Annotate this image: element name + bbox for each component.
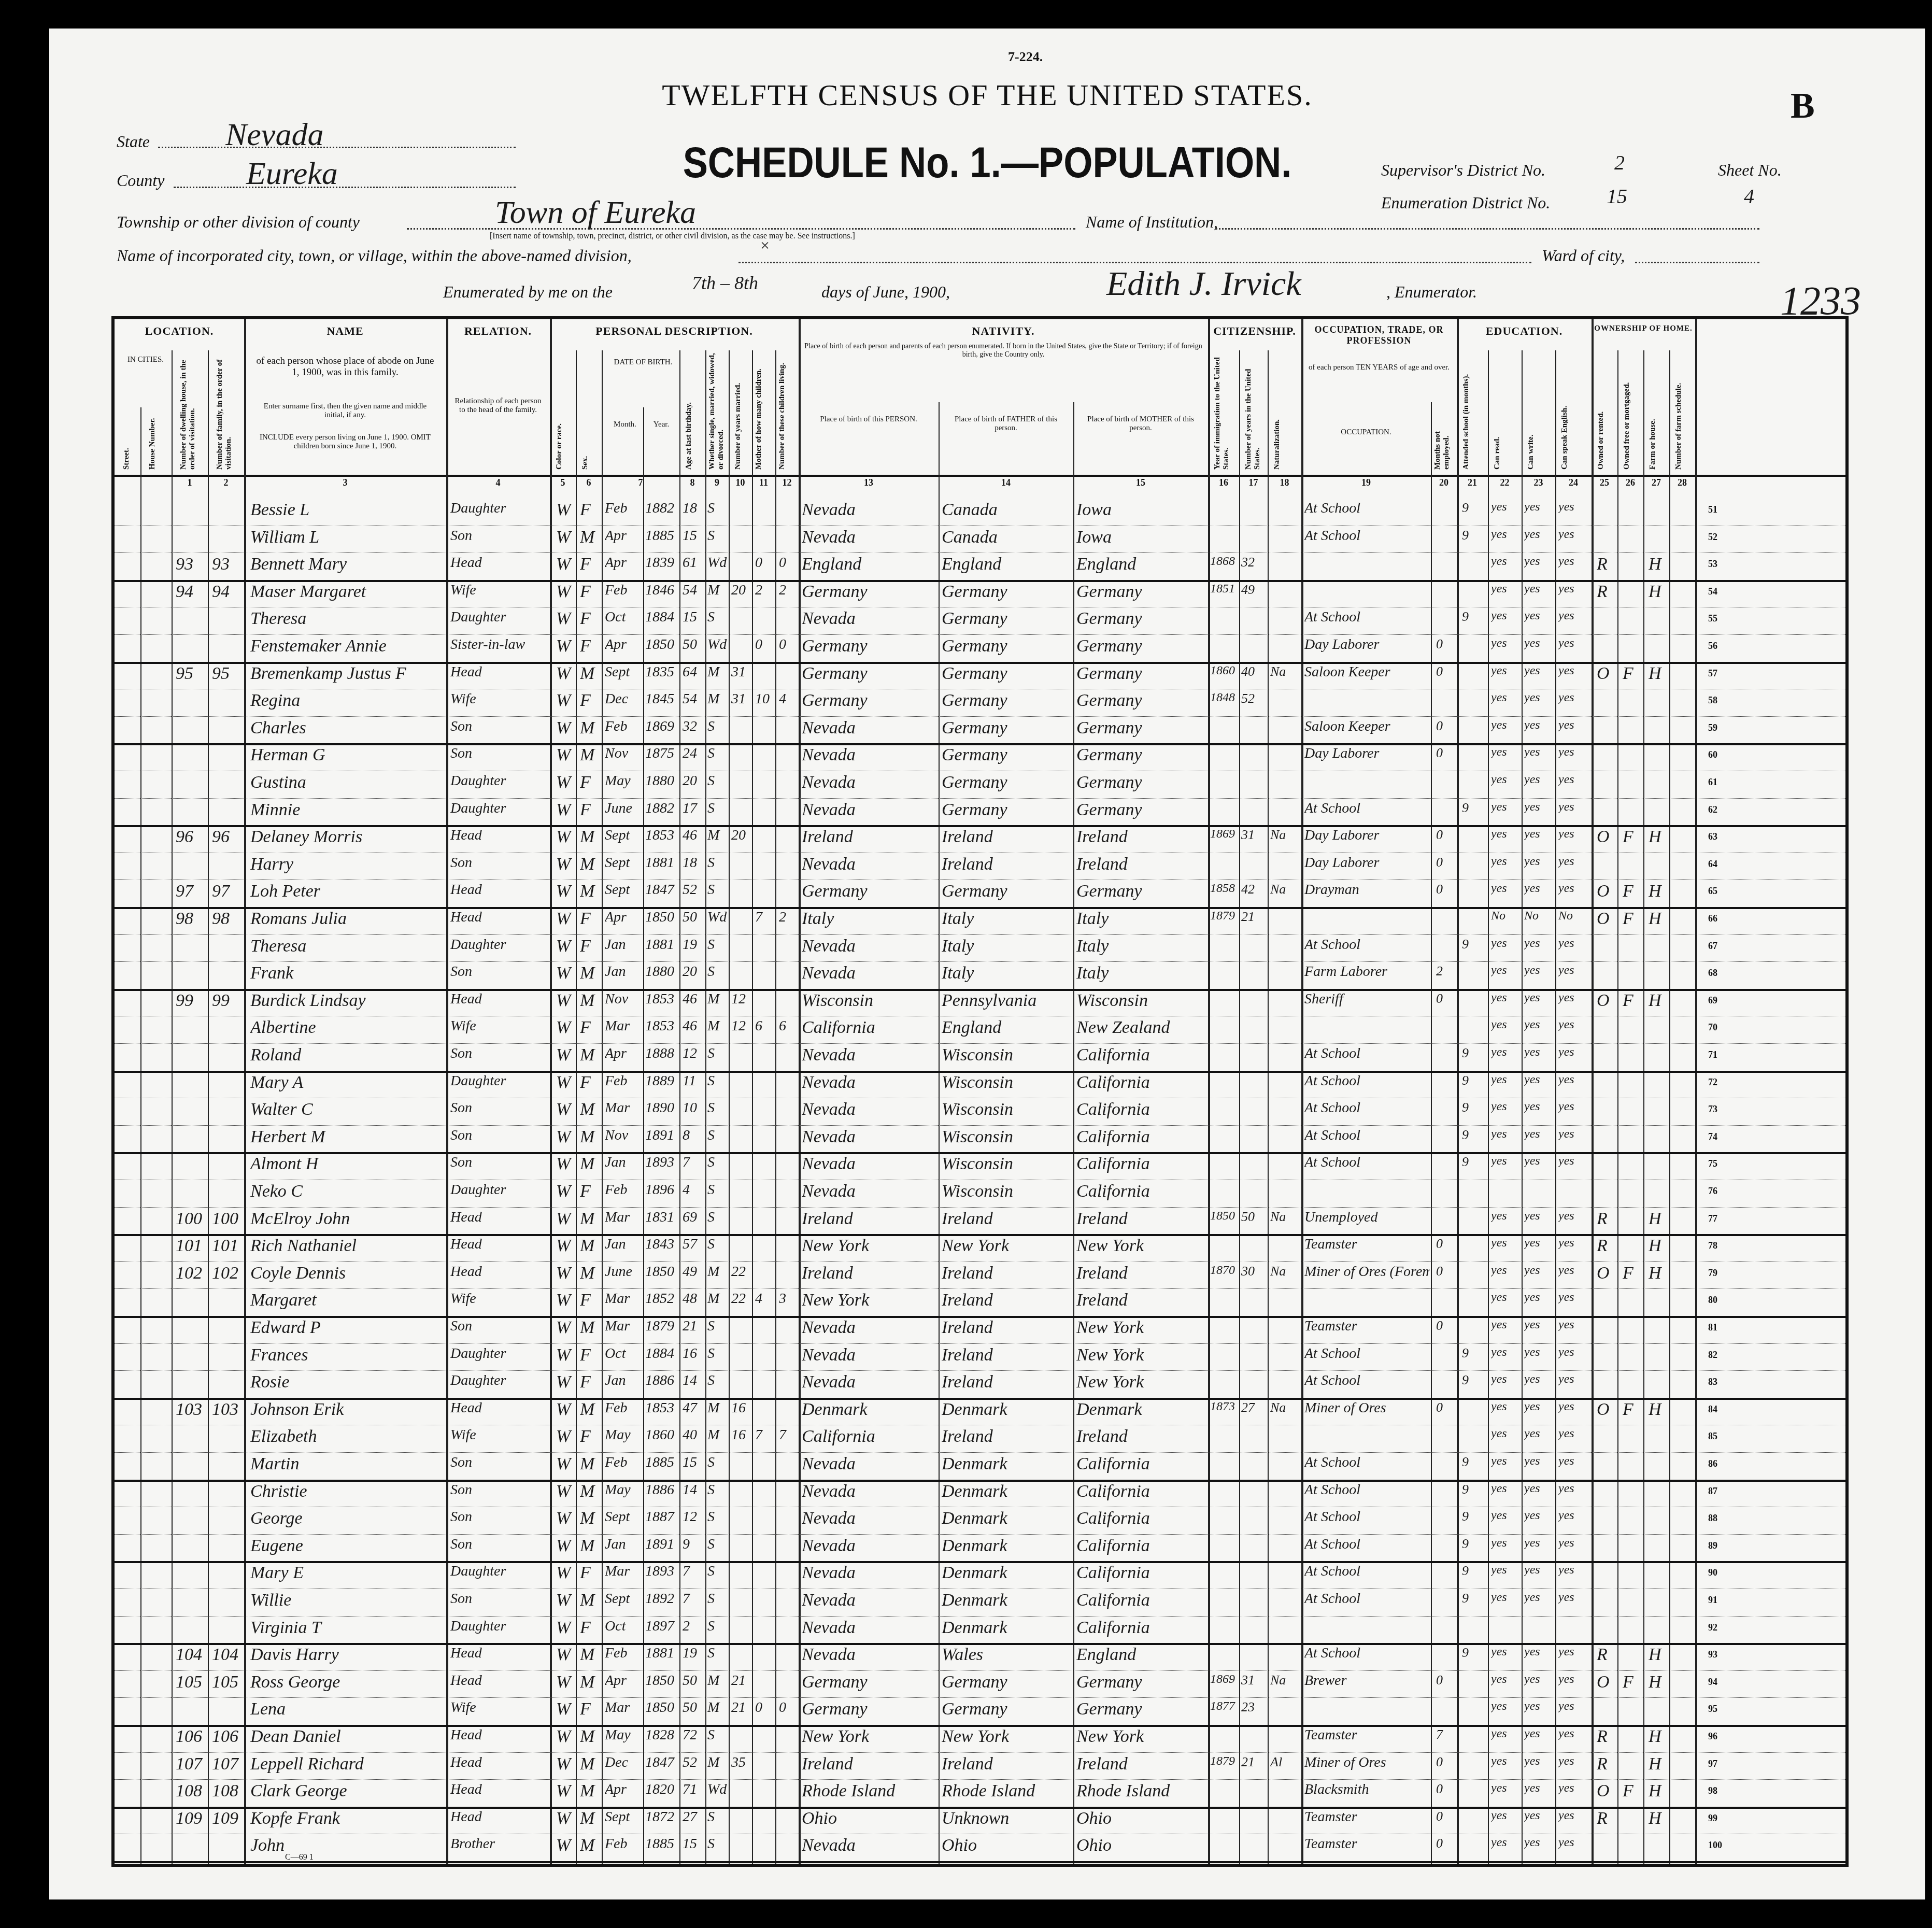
months-school: 9 (1462, 1073, 1487, 1088)
birthplace-father: Italy (942, 963, 1072, 983)
can-read: yes (1491, 1073, 1521, 1087)
birthplace-father: Rhode Island (942, 1781, 1072, 1801)
age: 69 (683, 1209, 704, 1226)
birth-month: Feb (605, 582, 642, 599)
person-name: Minnie (250, 800, 445, 820)
birthplace-person: Ireland (802, 1209, 937, 1229)
occupation: Miner of Ores (1304, 1754, 1430, 1771)
table-row: 75 Almont H Son W M Jan 1893 7 S Nevada … (115, 1152, 1845, 1180)
relationship: Wife (450, 1699, 549, 1716)
marital-status: M (707, 1018, 728, 1034)
naturalization: Na (1270, 1672, 1300, 1688)
birth-month: May (605, 773, 642, 789)
col-num-5: 5 (550, 477, 576, 488)
sex: M (580, 718, 601, 738)
speaks-english: yes (1558, 1345, 1590, 1359)
birthplace-father: Denmark (942, 1536, 1072, 1556)
can-write: yes (1524, 1400, 1554, 1414)
can-read: yes (1491, 937, 1521, 951)
occupation: At School (1304, 1127, 1430, 1144)
birth-year: 1850 (645, 636, 678, 653)
birth-month: Apr (605, 1781, 642, 1798)
can-write: yes (1524, 991, 1554, 1005)
sheet-label: Sheet No. (1718, 161, 1782, 180)
birthplace-person: Italy (802, 909, 937, 929)
sex: M (580, 882, 601, 901)
speaks-english: yes (1558, 609, 1590, 623)
naturalization-header: Naturalization. (1273, 356, 1282, 470)
sex: F (580, 937, 601, 956)
occupation: Miner of Ores (Foreman) (1304, 1264, 1430, 1280)
birthplace-mother: Germany (1076, 582, 1207, 602)
relationship: Son (450, 1509, 549, 1525)
farm-or-house: H (1649, 1809, 1668, 1828)
speaks-english: yes (1558, 1781, 1590, 1795)
attended-school-header: Attended school (in months). (1462, 356, 1471, 470)
birthplace-person: Nevada (802, 609, 937, 629)
marital-status: S (707, 1100, 728, 1116)
family-number: 94 (212, 582, 243, 602)
marital-status: S (707, 1372, 728, 1389)
occupation: Teamster (1304, 1836, 1430, 1852)
birth-month: Mar (605, 1318, 642, 1335)
birthplace-father: Pennsylvania (942, 991, 1072, 1011)
relationship: Head (450, 1672, 549, 1689)
dwelling-number: 109 (176, 1809, 207, 1828)
name-instructions-include: INCLUDE every person living on June 1, 1… (254, 433, 436, 451)
birthplace-person: Nevada (802, 1836, 937, 1855)
city-field (738, 262, 1531, 263)
sex: M (580, 1727, 601, 1747)
birth-month: Apr (605, 528, 642, 544)
can-write: yes (1524, 1427, 1554, 1441)
birthplace-person: Nevada (802, 1482, 937, 1501)
marital-header: Whether single, married, widowed, or div… (708, 350, 726, 470)
family-number-header: Number of family, in the order of visita… (216, 350, 233, 470)
birth-month: May (605, 1427, 642, 1443)
months-school: 9 (1462, 1154, 1487, 1170)
birth-month: Jan (605, 1536, 642, 1553)
marital-status: M (707, 1672, 728, 1689)
relationship: Head (450, 1754, 549, 1771)
age: 9 (683, 1536, 704, 1553)
race: W (556, 1100, 575, 1119)
relation-instructions: Relationship of each person to the head … (451, 397, 545, 415)
birth-month: Nov (605, 991, 642, 1008)
farm-or-house: H (1649, 1209, 1668, 1229)
marital-status: S (707, 1536, 728, 1553)
birthplace-father: Ireland (942, 1318, 1072, 1338)
relationship: Head (450, 827, 549, 844)
immigration-year: 1879 (1210, 909, 1239, 923)
form-number: 7-224. (1008, 49, 1043, 65)
can-read: yes (1491, 1018, 1521, 1032)
person-name: Regina (250, 691, 445, 711)
naturalization: Al (1270, 1754, 1300, 1770)
race: W (556, 691, 575, 711)
farm-or-house: H (1649, 909, 1668, 929)
birthplace-father: Ireland (942, 1754, 1072, 1774)
sex: M (580, 1318, 601, 1338)
birth-year: 1880 (645, 963, 678, 980)
birthplace-person: California (802, 1018, 937, 1038)
relationship: Daughter (450, 1372, 549, 1389)
months-school: 9 (1462, 1100, 1487, 1115)
marital-status: M (707, 1427, 728, 1443)
birthplace-mother: Iowa (1076, 528, 1207, 547)
birthplace-person: Nevada (802, 1454, 937, 1474)
free-or-mortgaged: F (1623, 882, 1642, 901)
birthplace-father: Ireland (942, 827, 1072, 847)
immigration-year: 1879 (1210, 1754, 1239, 1768)
race: W (556, 827, 575, 847)
can-write: yes (1524, 1781, 1554, 1795)
children-born: 4 (755, 1291, 775, 1307)
birthplace-father: Ireland (942, 855, 1072, 874)
relationship: Head (450, 882, 549, 898)
marital-status: Wd (707, 636, 728, 653)
race: W (556, 500, 575, 520)
months-school: 9 (1462, 1563, 1487, 1579)
relationship: Head (450, 1264, 549, 1280)
person-name: Kopfe Frank (250, 1809, 445, 1828)
birth-month: Sept (605, 827, 642, 844)
birthplace-person: Nevada (802, 1154, 937, 1174)
table-row: 61 Gustina Daughter W F May 1880 20 S Ne… (115, 771, 1845, 799)
occupation: At School (1304, 1154, 1430, 1171)
occupation: Day Laborer (1304, 855, 1430, 871)
months-unemployed: 0 (1436, 882, 1456, 897)
marital-status: M (707, 1291, 728, 1307)
person-name: Edward P (250, 1318, 445, 1338)
birthplace-mother: England (1076, 1645, 1207, 1665)
marital-status: M (707, 827, 728, 844)
can-write: yes (1524, 882, 1554, 896)
free-or-mortgaged: F (1623, 909, 1642, 929)
marital-status: S (707, 855, 728, 871)
birthplace-person: Ohio (802, 1809, 937, 1828)
occupation: Blacksmith (1304, 1781, 1430, 1798)
family-number: 99 (212, 991, 243, 1011)
speaks-english: yes (1558, 1264, 1590, 1278)
birth-year: 1888 (645, 1045, 678, 1062)
age: 4 (683, 1182, 704, 1198)
group-occupation: OCCUPATION, TRADE, OR PROFESSION (1301, 324, 1457, 346)
can-read: yes (1491, 827, 1521, 841)
speaks-english: yes (1558, 664, 1590, 678)
line-number: 54 (1708, 586, 1717, 597)
farm-or-house: H (1649, 1754, 1668, 1774)
col-num-27: 27 (1643, 477, 1669, 488)
table-row: 72 Mary A Daughter W F Feb 1889 11 S Nev… (115, 1071, 1845, 1099)
years-married: 22 (731, 1264, 752, 1280)
birthplace-father: Denmark (942, 1482, 1072, 1501)
line-number: 84 (1708, 1404, 1717, 1415)
birthplace-mother: California (1076, 1100, 1207, 1119)
occupation: Brewer (1304, 1672, 1430, 1689)
person-name: Gustina (250, 773, 445, 792)
relationship: Head (450, 991, 549, 1008)
table-row: 86 Martin Son W M Feb 1885 15 S Nevada D… (115, 1452, 1845, 1482)
can-read: yes (1491, 1509, 1521, 1523)
can-write: yes (1524, 1482, 1554, 1496)
naturalization: Na (1270, 1209, 1300, 1225)
col-num-24: 24 (1555, 477, 1592, 488)
birthplace-person: Nevada (802, 1345, 937, 1365)
occupation-instructions: of each person TEN YEARS of age and over… (1306, 363, 1452, 372)
birth-year: 1891 (645, 1536, 678, 1553)
birthplace-mother: California (1076, 1454, 1207, 1474)
person-name: Romans Julia (250, 909, 445, 929)
years-in-us: 50 (1241, 1209, 1267, 1225)
col-num-2: 2 (208, 477, 244, 488)
immigration-year: 1870 (1210, 1264, 1239, 1278)
line-number: 93 (1708, 1649, 1717, 1660)
can-read: yes (1491, 1236, 1521, 1250)
birth-month: Feb (605, 1454, 642, 1471)
age: 7 (683, 1154, 704, 1171)
months-school: 9 (1462, 1345, 1487, 1361)
dwelling-number: 93 (176, 555, 207, 574)
race: W (556, 1754, 575, 1774)
free-or-mortgaged: F (1623, 991, 1642, 1011)
marital-status: M (707, 691, 728, 707)
sex-header: Sex. (581, 397, 590, 470)
dwelling-number: 106 (176, 1727, 207, 1747)
months-unemployed: 0 (1436, 1754, 1456, 1770)
race: W (556, 1291, 575, 1310)
relationship: Head (450, 1781, 549, 1798)
person-name: Dean Daniel (250, 1727, 445, 1747)
can-read: yes (1491, 1482, 1521, 1496)
can-write: yes (1524, 1100, 1554, 1114)
person-name: Frank (250, 963, 445, 983)
line-number: 62 (1708, 804, 1717, 815)
person-name: Rich Nathaniel (250, 1236, 445, 1256)
sex: M (580, 1754, 601, 1774)
enumerated-days: 7th – 8th (692, 272, 758, 294)
table-row: 85 Elizabeth Wife W F May 1860 40 M 16 7… (115, 1425, 1845, 1453)
age: 14 (683, 1482, 704, 1498)
age: 46 (683, 827, 704, 844)
township-value: Town of Eureka (495, 194, 696, 231)
enumerator-signature: Edith J. Irvick (1106, 264, 1301, 304)
age: 46 (683, 1018, 704, 1034)
birthplace-father: Denmark (942, 1509, 1072, 1528)
farm-or-house: H (1649, 827, 1668, 847)
sex: M (580, 1482, 601, 1501)
sex: M (580, 528, 601, 547)
can-write: yes (1524, 827, 1554, 841)
can-write: yes (1524, 1264, 1554, 1278)
can-read: yes (1491, 882, 1521, 896)
months-school: 9 (1462, 1454, 1487, 1470)
person-name: Walter C (250, 1100, 445, 1119)
line-number: 91 (1708, 1595, 1717, 1606)
race: W (556, 1536, 575, 1556)
birthplace-father: Germany (942, 609, 1072, 629)
speaks-english: yes (1558, 937, 1590, 951)
group-personal: PERSONAL DESCRIPTION. (550, 324, 799, 338)
age: 40 (683, 1427, 704, 1443)
birthplace-mother: Italy (1076, 909, 1207, 929)
immigration-year: 1860 (1210, 664, 1239, 678)
speaks-english: yes (1558, 1372, 1590, 1386)
table-row: 76 Neko C Daughter W F Feb 1896 4 S Neva… (115, 1180, 1845, 1208)
months-school: 9 (1462, 609, 1487, 625)
owned-or-rented: O (1597, 1672, 1616, 1692)
months-school: 9 (1462, 528, 1487, 543)
speaks-english: yes (1558, 691, 1590, 705)
can-write: yes (1524, 745, 1554, 759)
age: 18 (683, 855, 704, 871)
person-name: Frances (250, 1345, 445, 1365)
line-number: 88 (1708, 1513, 1717, 1524)
family-number: 107 (212, 1754, 243, 1774)
dwelling-number: 103 (176, 1400, 207, 1420)
birth-year: 1853 (645, 1400, 678, 1416)
months-unemployed: 0 (1436, 1236, 1456, 1252)
table-row: 88 George Son W M Sept 1887 12 S Nevada … (115, 1507, 1845, 1535)
birthplace-father: Wisconsin (942, 1073, 1072, 1093)
line-number: 99 (1708, 1813, 1717, 1824)
age: 57 (683, 1236, 704, 1253)
can-read: yes (1491, 528, 1521, 542)
occupation: At School (1304, 1482, 1430, 1498)
can-read: yes (1491, 636, 1521, 650)
birthplace-person: Nevada (802, 800, 937, 820)
relationship: Head (450, 1209, 549, 1226)
speaks-english: yes (1558, 800, 1590, 814)
age: 15 (683, 1836, 704, 1852)
age-header: Age at last birthday. (685, 350, 693, 470)
farm-or-house: H (1649, 555, 1668, 574)
occupation: At School (1304, 1591, 1430, 1607)
birthplace-person: Nevada (802, 1509, 937, 1528)
person-name: Albertine (250, 1018, 445, 1038)
dwelling-number: 104 (176, 1645, 207, 1665)
line-number: 80 (1708, 1295, 1717, 1306)
township-note: [Insert name of township, town, precinct… (490, 232, 855, 241)
speaks-english: yes (1558, 1045, 1590, 1059)
person-name: Ross George (250, 1672, 445, 1692)
birthplace-father: New York (942, 1727, 1072, 1747)
owned-or-rented: R (1597, 1754, 1616, 1774)
schedule-title: SCHEDULE No. 1.—POPULATION. (180, 137, 1794, 188)
birthplace-father: Wisconsin (942, 1182, 1072, 1201)
birthplace-person: Ireland (802, 1754, 937, 1774)
can-read: yes (1491, 1454, 1521, 1468)
can-read: yes (1491, 582, 1521, 596)
person-name: Elizabeth (250, 1427, 445, 1447)
person-name: McElroy John (250, 1209, 445, 1229)
dwelling-number: 107 (176, 1754, 207, 1774)
birthplace-father: Wisconsin (942, 1127, 1072, 1147)
months-school: 9 (1462, 1536, 1487, 1552)
person-name: Harry (250, 855, 445, 874)
months-unemployed: 0 (1436, 855, 1456, 870)
birth-month: Mar (605, 1563, 642, 1580)
person-name: Willie (250, 1591, 445, 1610)
can-read: yes (1491, 1699, 1521, 1713)
person-name: Johnson Erik (250, 1400, 445, 1420)
birth-year: 1835 (645, 664, 678, 681)
line-number: 87 (1708, 1486, 1717, 1497)
birth-year: 1850 (645, 1264, 678, 1280)
line-number: 67 (1708, 941, 1717, 952)
col-num-12: 12 (775, 477, 799, 488)
sex: M (580, 1127, 601, 1147)
children-born: 0 (755, 1699, 775, 1716)
months-unemployed: 0 (1436, 827, 1456, 843)
birthplace-mother: Germany (1076, 800, 1207, 820)
table-row: 90 Mary E Daughter W F Mar 1893 7 S Neva… (115, 1561, 1845, 1589)
person-name: Fenstemaker Annie (250, 636, 445, 656)
marital-status: S (707, 1454, 728, 1471)
owned-or-rented: O (1597, 1264, 1616, 1283)
sex: F (580, 555, 601, 574)
line-number: 59 (1708, 722, 1717, 733)
marital-status: S (707, 1154, 728, 1171)
birth-year: 1828 (645, 1727, 678, 1743)
can-write: yes (1524, 691, 1554, 705)
birth-month: Mar (605, 1209, 642, 1226)
table-row: 57 95 95 Bremenkamp Justus F Head W M Se… (115, 662, 1845, 690)
can-write: yes (1524, 1372, 1554, 1386)
birthplace-father: Denmark (942, 1400, 1072, 1420)
relationship: Son (450, 1100, 549, 1116)
line-number: 76 (1708, 1186, 1717, 1197)
family-number: 102 (212, 1264, 243, 1283)
person-name: Bessie L (250, 500, 445, 520)
years-in-us: 32 (1241, 555, 1267, 570)
years-married: 20 (731, 582, 752, 599)
table-row: 78 101 101 Rich Nathaniel Head W M Jan 1… (115, 1234, 1845, 1262)
race: W (556, 582, 575, 602)
occupation: At School (1304, 609, 1430, 626)
relationship: Son (450, 1536, 549, 1553)
birth-year: 1831 (645, 1209, 678, 1226)
person-name: Herbert M (250, 1127, 445, 1147)
relationship: Son (450, 1482, 549, 1498)
table-row: 74 Herbert M Son W M Nov 1891 8 S Nevada… (115, 1125, 1845, 1155)
person-name: Delaney Morris (250, 827, 445, 847)
age: 50 (683, 1699, 704, 1716)
children-living: 0 (779, 636, 798, 653)
naturalization: Na (1270, 882, 1300, 897)
birthplace-person: Nevada (802, 718, 937, 738)
sex: M (580, 1100, 601, 1119)
person-name: Clark George (250, 1781, 445, 1801)
birth-year: 1847 (645, 882, 678, 898)
birth-year: 1847 (645, 1754, 678, 1771)
birthplace-person: Nevada (802, 1372, 937, 1392)
age: 32 (683, 718, 704, 735)
age: 20 (683, 773, 704, 789)
free-or-mortgaged: F (1623, 664, 1642, 684)
table-row: 64 Harry Son W M Sept 1881 18 S Nevada I… (115, 853, 1845, 881)
speaks-english: yes (1558, 1018, 1590, 1032)
age: 18 (683, 500, 704, 517)
speaks-english: yes (1558, 1536, 1590, 1550)
relationship: Son (450, 855, 549, 871)
occupation: At School (1304, 1100, 1430, 1116)
speaks-english: yes (1558, 773, 1590, 787)
sex: M (580, 1781, 601, 1801)
marital-status: M (707, 582, 728, 599)
can-write: yes (1524, 1699, 1554, 1713)
relationship: Head (450, 909, 549, 926)
